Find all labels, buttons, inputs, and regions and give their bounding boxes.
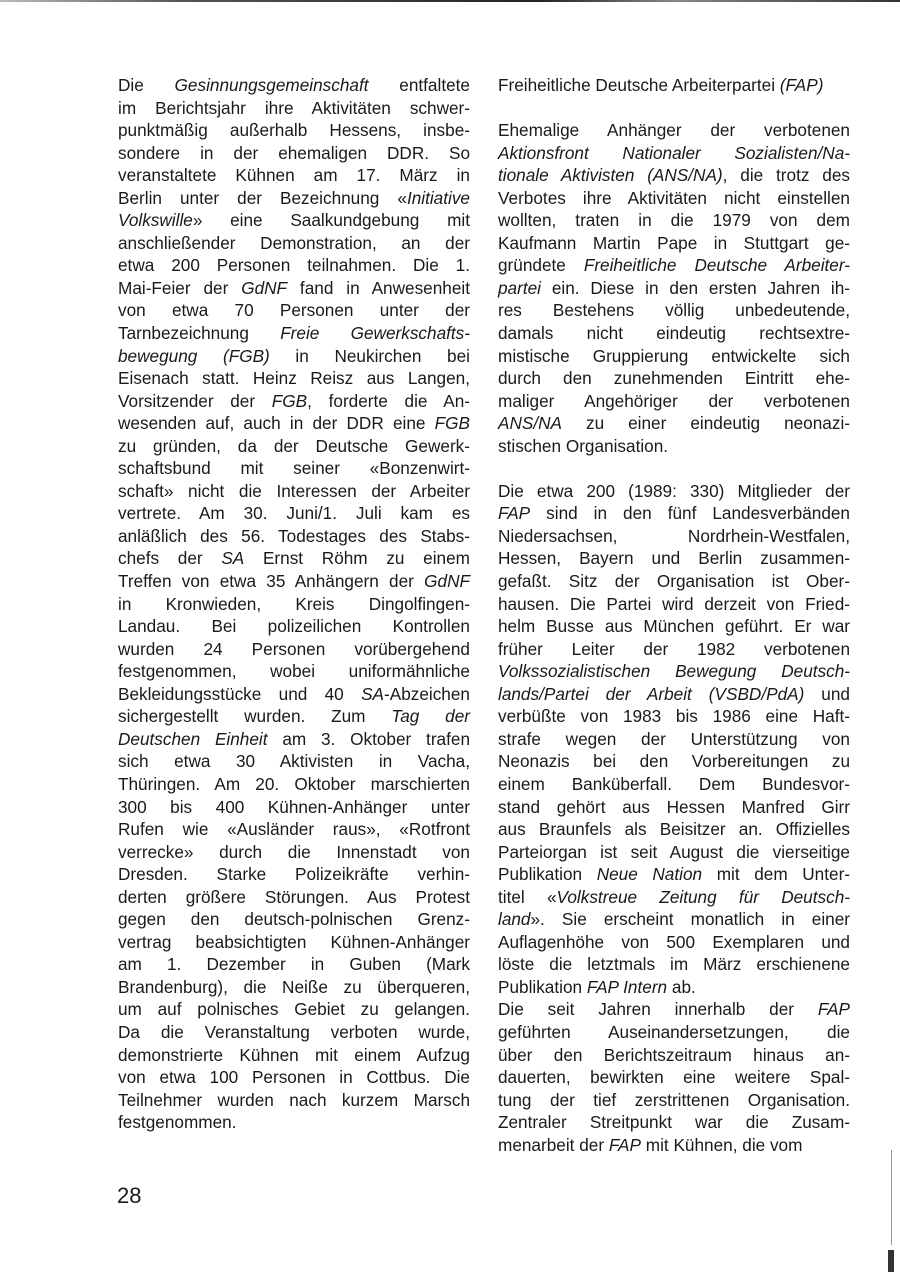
text-line: schaftsbund mit seiner «Bonzenwirt- (118, 457, 470, 480)
text-line: bewegung (FGB) in Neukirchen bei (118, 345, 470, 368)
text-line: früher Leiter der 1982 verbotenen (498, 638, 850, 661)
text-line: punktmäßig außerhalb Hessens, insbe- (118, 119, 470, 142)
text-line: land». Sie erscheint monatlich in einer (498, 908, 850, 931)
text-line: Publikation Neue Nation mit dem Unter- (498, 863, 850, 886)
text-line: aus Braunfels als Beisitzer an. Offiziel… (498, 818, 850, 841)
text-line: res Bestehens völlig unbedeutende, (498, 299, 850, 322)
text-line: gefaßt. Sitz der Organisation ist Ober- (498, 570, 850, 593)
right-column: Freiheitliche Deutsche Arbeiterpartei (F… (498, 74, 850, 1156)
text-line: im Berichtsjahr ihre Aktivitäten schwer- (118, 97, 470, 120)
text-line: Ehemalige Anhänger der verbotenen (498, 119, 850, 142)
text-line: einem Banküberfall. Dem Bundesvor- (498, 773, 850, 796)
text-line: Brandenburg), die Neiße zu überqueren, (118, 976, 470, 999)
paragraph-gap (498, 457, 850, 480)
text-line: Deutschen Einheit am 3. Oktober trafen (118, 728, 470, 751)
text-line: durch den zunehmenden Eintritt ehe- (498, 367, 850, 390)
text-line: von etwa 100 Personen in Cottbus. Die (118, 1066, 470, 1089)
text-line: Da die Veranstaltung verboten wurde, (118, 1021, 470, 1044)
scan-edge-mark (888, 1250, 894, 1272)
text-line: Teilnehmer wurden nach kurzem Marsch (118, 1089, 470, 1112)
text-line: veranstaltete Kühnen am 17. März in (118, 164, 470, 187)
text-line: helm Busse aus München geführt. Er war (498, 615, 850, 638)
text-line: Volkssozialistischen Bewegung Deutsch- (498, 660, 850, 683)
text-line: Auflagenhöhe von 500 Exemplaren und (498, 931, 850, 954)
text-line: zu gründen, da der Deutsche Gewerk- (118, 435, 470, 458)
text-line: anläßlich des 56. Todestages des Stabs- (118, 525, 470, 548)
text-line: titel «Volkstreue Zeitung für Deutsch- (498, 886, 850, 909)
text-line: chefs der SA Ernst Röhm zu einem (118, 547, 470, 570)
text-line: verbüßte von 1983 bis 1986 eine Haft- (498, 705, 850, 728)
text-line: Treffen von etwa 35 Anhängern der GdNF (118, 570, 470, 593)
text-line: löste die letztmals im März erschienene (498, 953, 850, 976)
text-line: FAP sind in den fünf Landesverbänden (498, 502, 850, 525)
text-line: Die Gesinnungsgemeinschaft entfaltete (118, 74, 470, 97)
text-line: sich etwa 30 Aktivisten in Vacha, (118, 750, 470, 773)
text-line: Parteiorgan ist seit August die vierseit… (498, 841, 850, 864)
text-line: um auf polnisches Gebiet zu gelangen. (118, 998, 470, 1021)
text-line: mistische Gruppierung entwickelte sich (498, 345, 850, 368)
text-line: Thüringen. Am 20. Oktober marschierten (118, 773, 470, 796)
page-number: 28 (117, 1183, 141, 1209)
text-line: vertrete. Am 30. Juni/1. Juli kam es (118, 502, 470, 525)
text-line: am 1. Dezember in Guben (Mark (118, 953, 470, 976)
text-line: festgenommen. (118, 1111, 470, 1134)
text-line: stand gehört aus Hessen Manfred Girr (498, 796, 850, 819)
text-line: Zentraler Streitpunkt war die Zusam- (498, 1111, 850, 1134)
paragraph-gap (498, 97, 850, 120)
text-line: Vorsitzender der FGB, forderte die An- (118, 390, 470, 413)
text-line: gründete Freiheitliche Deutsche Arbeiter… (498, 254, 850, 277)
text-line: maliger Angehöriger der verbotenen (498, 390, 850, 413)
text-line: Eisenach statt. Heinz Reisz aus Langen, (118, 367, 470, 390)
text-line: etwa 200 Personen teilnahmen. Die 1. (118, 254, 470, 277)
text-line: Die etwa 200 (1989: 330) Mitglieder der (498, 480, 850, 503)
text-line: über den Berichtszeitraum hinaus an- (498, 1044, 850, 1067)
text-line: geführten Auseinandersetzungen, die (498, 1021, 850, 1044)
text-line: lands/Partei der Arbeit (VSBD/PdA) und (498, 683, 850, 706)
text-line: Hessen, Bayern und Berlin zusammen- (498, 547, 850, 570)
scan-top-edge (0, 0, 900, 2)
left-column: Die Gesinnungsgemeinschaft entfalteteim … (118, 74, 470, 1134)
text-line: hausen. Die Partei wird derzeit von Frie… (498, 593, 850, 616)
text-line: menarbeit der FAP mit Kühnen, die vom (498, 1134, 850, 1157)
text-line: partei ein. Diese in den ersten Jahren i… (498, 277, 850, 300)
text-line: Neonazis bei den Vorbereitungen zu (498, 750, 850, 773)
text-line: derten größere Störungen. Aus Protest (118, 886, 470, 909)
text-line: Volkswille» eine Saalkundgebung mit (118, 209, 470, 232)
text-line: in Kronwieden, Kreis Dingolfingen- (118, 593, 470, 616)
text-line: Dresden. Starke Polizeikräfte verhin- (118, 863, 470, 886)
text-line: vertrag beabsichtigten Kühnen-Anhänger (118, 931, 470, 954)
text-line: wurden 24 Personen vorübergehend (118, 638, 470, 661)
text-line: sichergestellt wurden. Zum Tag der (118, 705, 470, 728)
text-line: Publikation FAP Intern ab. (498, 976, 850, 999)
text-line: verrecke» durch die Innenstadt von (118, 841, 470, 864)
text-line: Berlin unter der Bezeichnung «Initiative (118, 187, 470, 210)
text-line: Landau. Bei polizeilichen Kontrollen (118, 615, 470, 638)
text-line: wesenden auf, auch in der DDR eine FGB (118, 412, 470, 435)
text-line: Niedersachsen, Nordrhein-Westfalen, (498, 525, 850, 548)
text-line: damals nicht eindeutig rechtsextre- (498, 322, 850, 345)
text-line: Die seit Jahren innerhalb der FAP (498, 998, 850, 1021)
scan-right-edge-line (891, 1150, 892, 1245)
text-line: Verbotes ihre Aktivitäten nicht einstell… (498, 187, 850, 210)
text-line: tung der tief zerstrittenen Organisation… (498, 1089, 850, 1112)
text-line: demonstrierte Kühnen mit einem Aufzug (118, 1044, 470, 1067)
text-line: Kaufmann Martin Pape in Stuttgart ge- (498, 232, 850, 255)
text-line: Aktionsfront Nationaler Sozialisten/Na- (498, 142, 850, 165)
text-line: festgenommen, wobei uniformähnliche (118, 660, 470, 683)
text-line: Bekleidungsstücke und 40 SA-Abzeichen (118, 683, 470, 706)
text-line: anschließender Demonstration, an der (118, 232, 470, 255)
text-line: Rufen wie «Ausländer raus», «Rotfront (118, 818, 470, 841)
text-line: gegen den deutsch-polnischen Grenz- (118, 908, 470, 931)
text-line: 300 bis 400 Kühnen-Anhänger unter (118, 796, 470, 819)
text-line: Tarnbezeichnung Freie Gewerkschafts- (118, 322, 470, 345)
text-line: dauerten, bewirkten eine weitere Spal- (498, 1066, 850, 1089)
text-line: ANS/NA zu einer eindeutig neonazi- (498, 412, 850, 435)
text-line: stischen Organisation. (498, 435, 850, 458)
text-line: sondere in der ehemaligen DDR. So (118, 142, 470, 165)
text-line: von etwa 70 Personen unter der (118, 299, 470, 322)
text-line: Mai-Feier der GdNF fand in Anwesenheit (118, 277, 470, 300)
text-line: tionale Aktivisten (ANS/NA), die trotz d… (498, 164, 850, 187)
text-line: wollten, traten in die 1979 von dem (498, 209, 850, 232)
text-line: schaft» nicht die Interessen der Arbeite… (118, 480, 470, 503)
text-line: strafe wegen der Unterstützung von (498, 728, 850, 751)
section-heading: Freiheitliche Deutsche Arbeiterpartei (F… (498, 74, 850, 97)
